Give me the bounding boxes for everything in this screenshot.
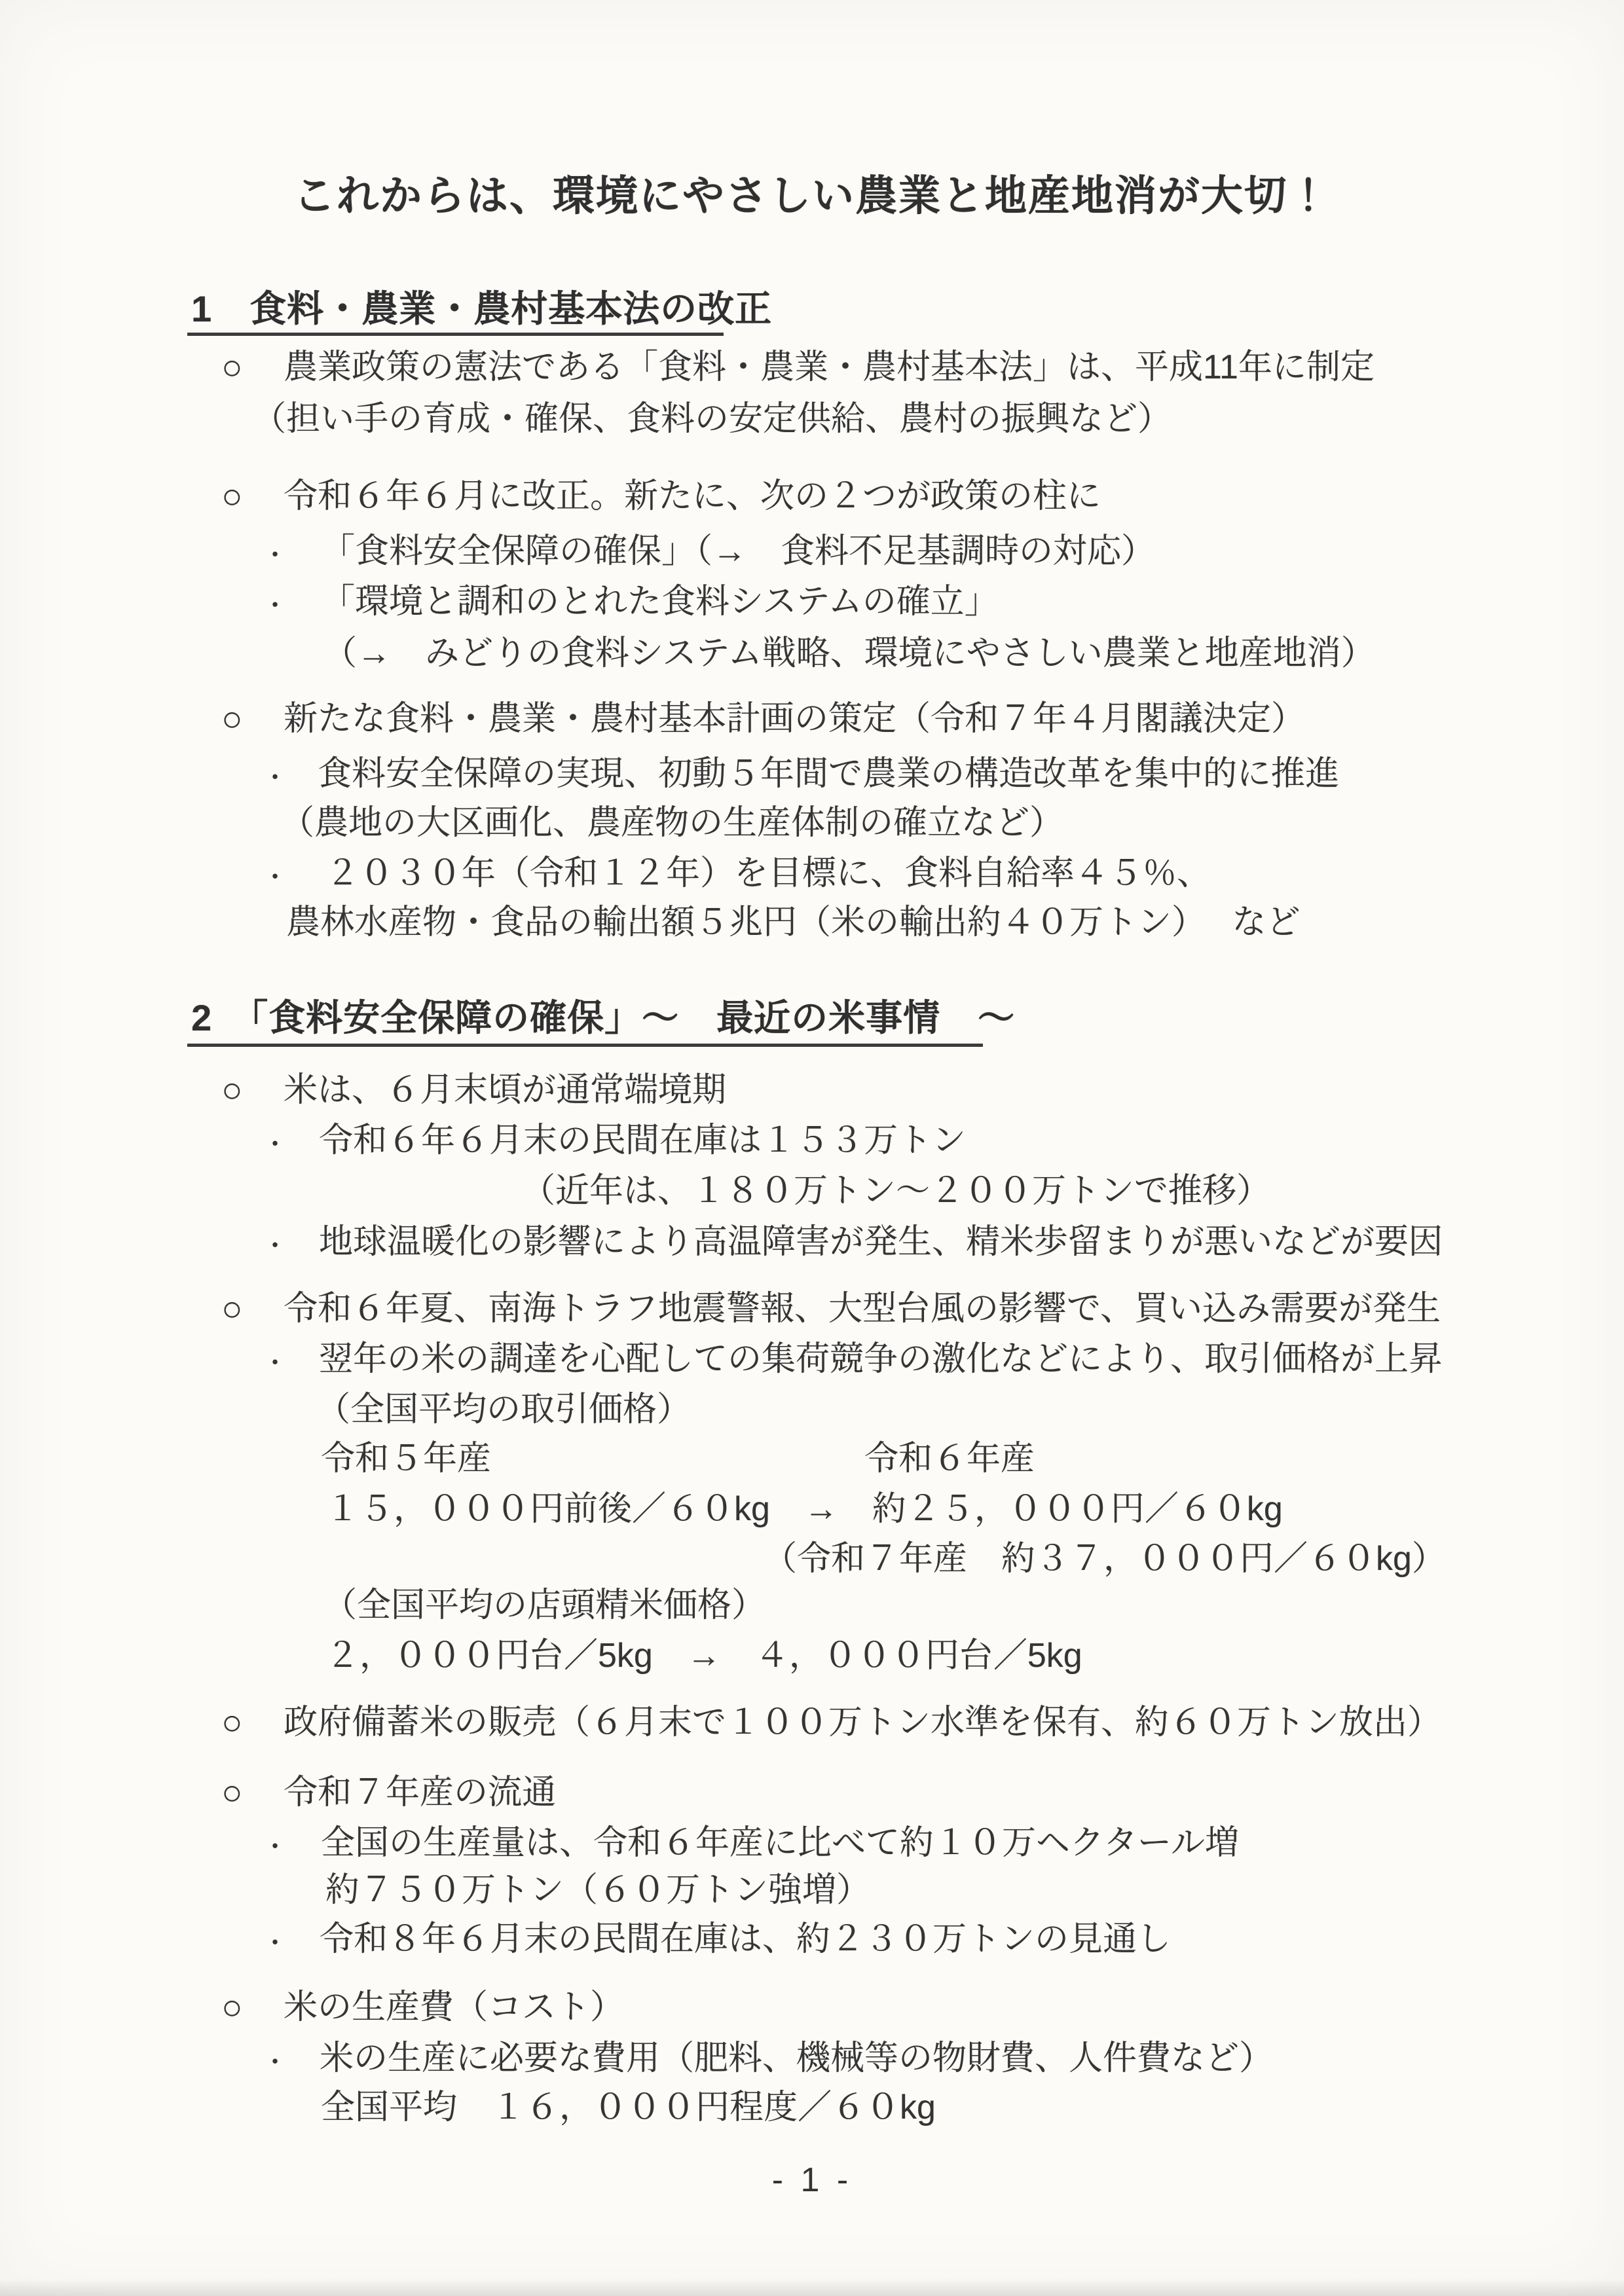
bullet-dot-icon: ・	[262, 1350, 288, 1376]
doc-line: 新たな食料・農業・農村基本計画の策定（令和７年４月閣議決定）	[284, 700, 1305, 739]
bullet-dot-icon: ・	[262, 1930, 288, 1956]
doc-line: ２０３０年（令和１２年）を目標に、食料自給率４５％、	[325, 854, 1211, 894]
bullet-dot-icon: ・	[262, 2049, 288, 2075]
section-2-heading: 2 「食料安全保障の確保」～ 最近の米事情 ～	[191, 989, 1015, 1042]
doc-line: 「食料安全保障の確保」（→ 食料不足基調時の対応）	[321, 532, 1155, 572]
doc-line: （→ みどりの食料システム戦略、環境にやさしい農業と地産地消）	[323, 634, 1375, 674]
doc-line: １５，０００円前後／６０kg → 約２５，０００円／６０kg	[325, 1490, 1283, 1529]
bullet-circle-icon: ○	[221, 477, 243, 516]
doc-line: 約７５０万トン（６０万トン強増）	[325, 1871, 870, 1910]
doc-line: 政府備蓄米の販売（６月末で１００万トン水準を保有、約６０万トン放出）	[284, 1704, 1441, 1743]
bullet-dot-icon: ・	[262, 1834, 288, 1860]
section-1-heading: 1 食料・農業・農村基本法の改正	[191, 280, 772, 333]
doc-line: （全国平均の店頭精米価格）	[323, 1586, 766, 1626]
doc-line: 令和５年産	[321, 1440, 491, 1479]
bullet-dot-icon: ・	[262, 864, 288, 890]
doc-line: 全国平均 １６，０００円程度／６０kg	[321, 2088, 936, 2128]
bullet-circle-icon: ○	[221, 1290, 243, 1328]
doc-line: 翌年の米の調達を心配しての集荷競争の激化などにより、取引価格が上昇	[319, 1340, 1443, 1379]
section-1-underline	[187, 333, 724, 336]
doc-line: 農業政策の憲法である「食料・農業・農村基本法」は、平成11年に制定	[284, 348, 1375, 388]
scanned-document-page: これからは、環境にやさしい農業と地産地消が大切！ 1 食料・農業・農村基本法の改…	[0, 0, 1624, 2296]
doc-line: （全国平均の取引価格）	[316, 1391, 691, 1430]
bullet-dot-icon: ・	[262, 765, 288, 791]
bullet-circle-icon: ○	[221, 1071, 243, 1110]
doc-line: 食料安全保障の実現、初動５年間で農業の構造改革を集中的に推進	[318, 755, 1339, 794]
bullet-dot-icon: ・	[262, 592, 288, 619]
section-2-underline	[187, 1044, 983, 1047]
doc-line: 米は、６月末頃が通常端境期	[284, 1071, 726, 1110]
doc-line: 令和８年６月末の民間在庫は、約２３０万トンの見通し	[320, 1920, 1171, 1959]
page-title: これからは、環境にやさしい農業と地産地消が大切！	[0, 162, 1624, 223]
bullet-circle-icon: ○	[221, 1988, 243, 2027]
bullet-dot-icon: ・	[262, 1131, 288, 1157]
bullet-circle-icon: ○	[221, 348, 243, 387]
doc-line: （令和７年産 約３７，０００円／６０kg）	[763, 1540, 1446, 1579]
doc-line: （担い手の育成・確保、食料の安定供給、農村の振興など）	[252, 400, 1172, 439]
doc-line: 地球温暖化の影響により高温障害が発生、精米歩留まりが悪いなどが要因	[319, 1223, 1443, 1262]
bullet-circle-icon: ○	[221, 1774, 243, 1812]
doc-line: 令和６年夏、南海トラフ地震警報、大型台風の影響で、買い込み需要が発生	[284, 1290, 1441, 1329]
doc-line: 令和６年産	[864, 1440, 1035, 1479]
page-number: - 1 -	[0, 2160, 1624, 2200]
doc-line: 令和６年６月末の民間在庫は１５３万トン	[319, 1121, 966, 1161]
doc-line: （農地の大区画化、農産物の生産体制の確立など）	[280, 804, 1063, 843]
bullet-dot-icon: ・	[262, 1233, 288, 1259]
doc-line: 農林水産物・食品の輸出額５兆円（米の輸出約４０万トン） など	[286, 903, 1300, 943]
doc-line: （近年は、１８０万トン～２００万トンで推移）	[521, 1172, 1270, 1211]
doc-line: 米の生産に必要な費用（肥料、機械等の物財費、人件費など）	[320, 2039, 1273, 2079]
doc-line: 米の生産費（コスト）	[284, 1988, 624, 2028]
doc-line: 令和７年産の流通	[284, 1774, 556, 1813]
bullet-circle-icon: ○	[221, 700, 243, 738]
doc-line: 令和６年６月に改正。新たに、次の２つが政策の柱に	[284, 477, 1101, 517]
doc-line: 全国の生産量は、令和６年産に比べて約１０万ヘクタール増	[321, 1824, 1239, 1863]
bullet-dot-icon: ・	[262, 542, 288, 568]
doc-line: ２，０００円台／5kg → ４，０００円台／5kg	[325, 1637, 1082, 1676]
doc-line: 「環境と調和のとれた食料システムの確立」	[321, 583, 999, 622]
bullet-circle-icon: ○	[221, 1704, 243, 1742]
